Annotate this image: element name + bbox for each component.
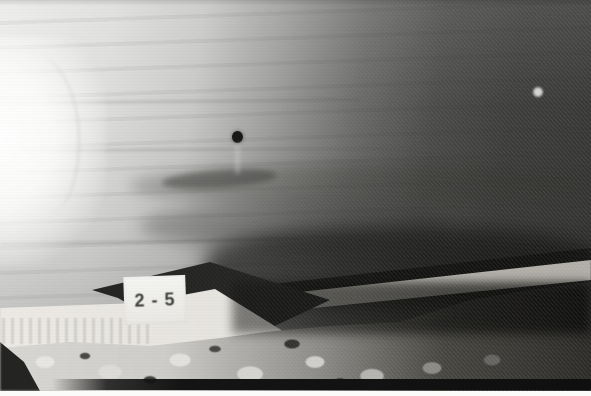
photo-top-edge-shading <box>0 0 591 6</box>
photo-grain <box>0 0 591 391</box>
scanned-page: 2 - 5 <box>0 0 591 396</box>
photo-bottom-edge <box>52 379 591 390</box>
photograph: 2 - 5 <box>0 0 591 391</box>
